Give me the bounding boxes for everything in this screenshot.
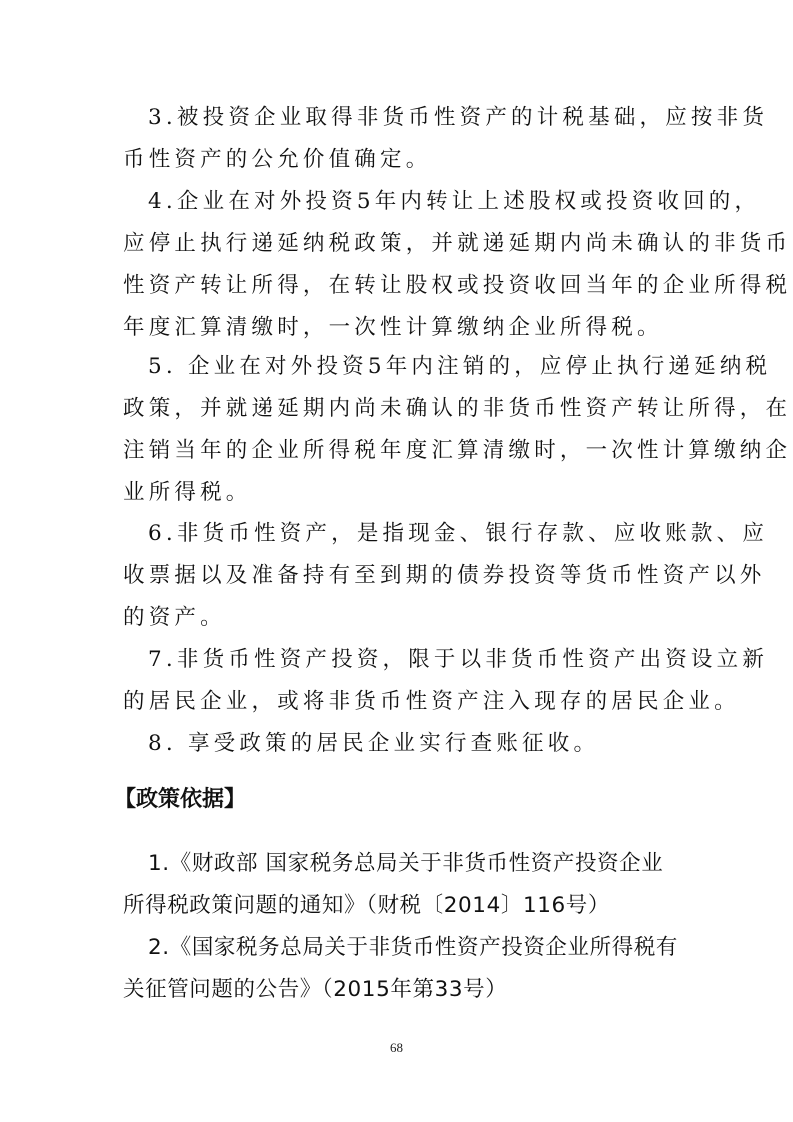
reference-1-line-2: 所得税政策问题的通知》（财税〔2014〕116号） (123, 892, 683, 920)
reference-1-line-1: 1.《财政部 国家税务总局关于非货币性资产投资企业 (148, 850, 708, 878)
paragraph-7-line-2: 的居民企业，或将非货币性资产注入现存的居民企业。 (123, 688, 683, 716)
paragraph-5-line-3: 注销当年的企业所得税年度汇算清缴时，一次性计算缴纳企 (123, 437, 683, 465)
paragraph-4-line-1: 4.企业在对外投资5年内转让上述股权或投资收回的， (148, 188, 708, 216)
paragraph-4-line-2: 应停止执行递延纳税政策，并就递延期内尚未确认的非货币 (123, 230, 683, 258)
paragraph-4-line-3: 性资产转让所得，在转让股权或投资收回当年的企业所得税 (123, 272, 683, 300)
paragraph-3-line-2: 币性资产的公允价值确定。 (123, 146, 683, 174)
paragraph-8-line-1: 8. 享受政策的居民企业实行查账征收。 (148, 730, 708, 758)
paragraph-3-line-1: 3.被投资企业取得非货币性资产的计税基础，应按非货 (148, 104, 708, 132)
paragraph-6-line-2: 收票据以及准备持有至到期的债券投资等货币性资产以外 (123, 562, 683, 590)
reference-2-line-2: 关征管问题的公告》（2015年第33号） (123, 976, 683, 1004)
paragraph-5-line-1: 5. 企业在对外投资5年内注销的，应停止执行递延纳税 (148, 353, 708, 381)
paragraph-5-line-2: 政策，并就递延期内尚未确认的非货币性资产转让所得，在 (123, 395, 683, 423)
paragraph-6-line-3: 的资产。 (123, 604, 683, 632)
paragraph-4-line-4: 年度汇算清缴时，一次性计算缴纳企业所得税。 (123, 314, 683, 342)
paragraph-6-line-1: 6.非货币性资产，是指现金、银行存款、应收账款、应 (148, 520, 708, 548)
section-heading-policy-basis: 【政策依据】 (114, 786, 246, 814)
paragraph-5-line-4: 业所得税。 (123, 479, 683, 507)
paragraph-7-line-1: 7.非货币性资产投资，限于以非货币性资产出资设立新 (148, 646, 708, 674)
page-number: 68 (0, 1040, 793, 1056)
document-page: 3.被投资企业取得非货币性资产的计税基础，应按非货 币性资产的公允价值确定。 4… (0, 0, 793, 1122)
reference-2-line-1: 2.《国家税务总局关于非货币性资产投资企业所得税有 (148, 934, 708, 962)
